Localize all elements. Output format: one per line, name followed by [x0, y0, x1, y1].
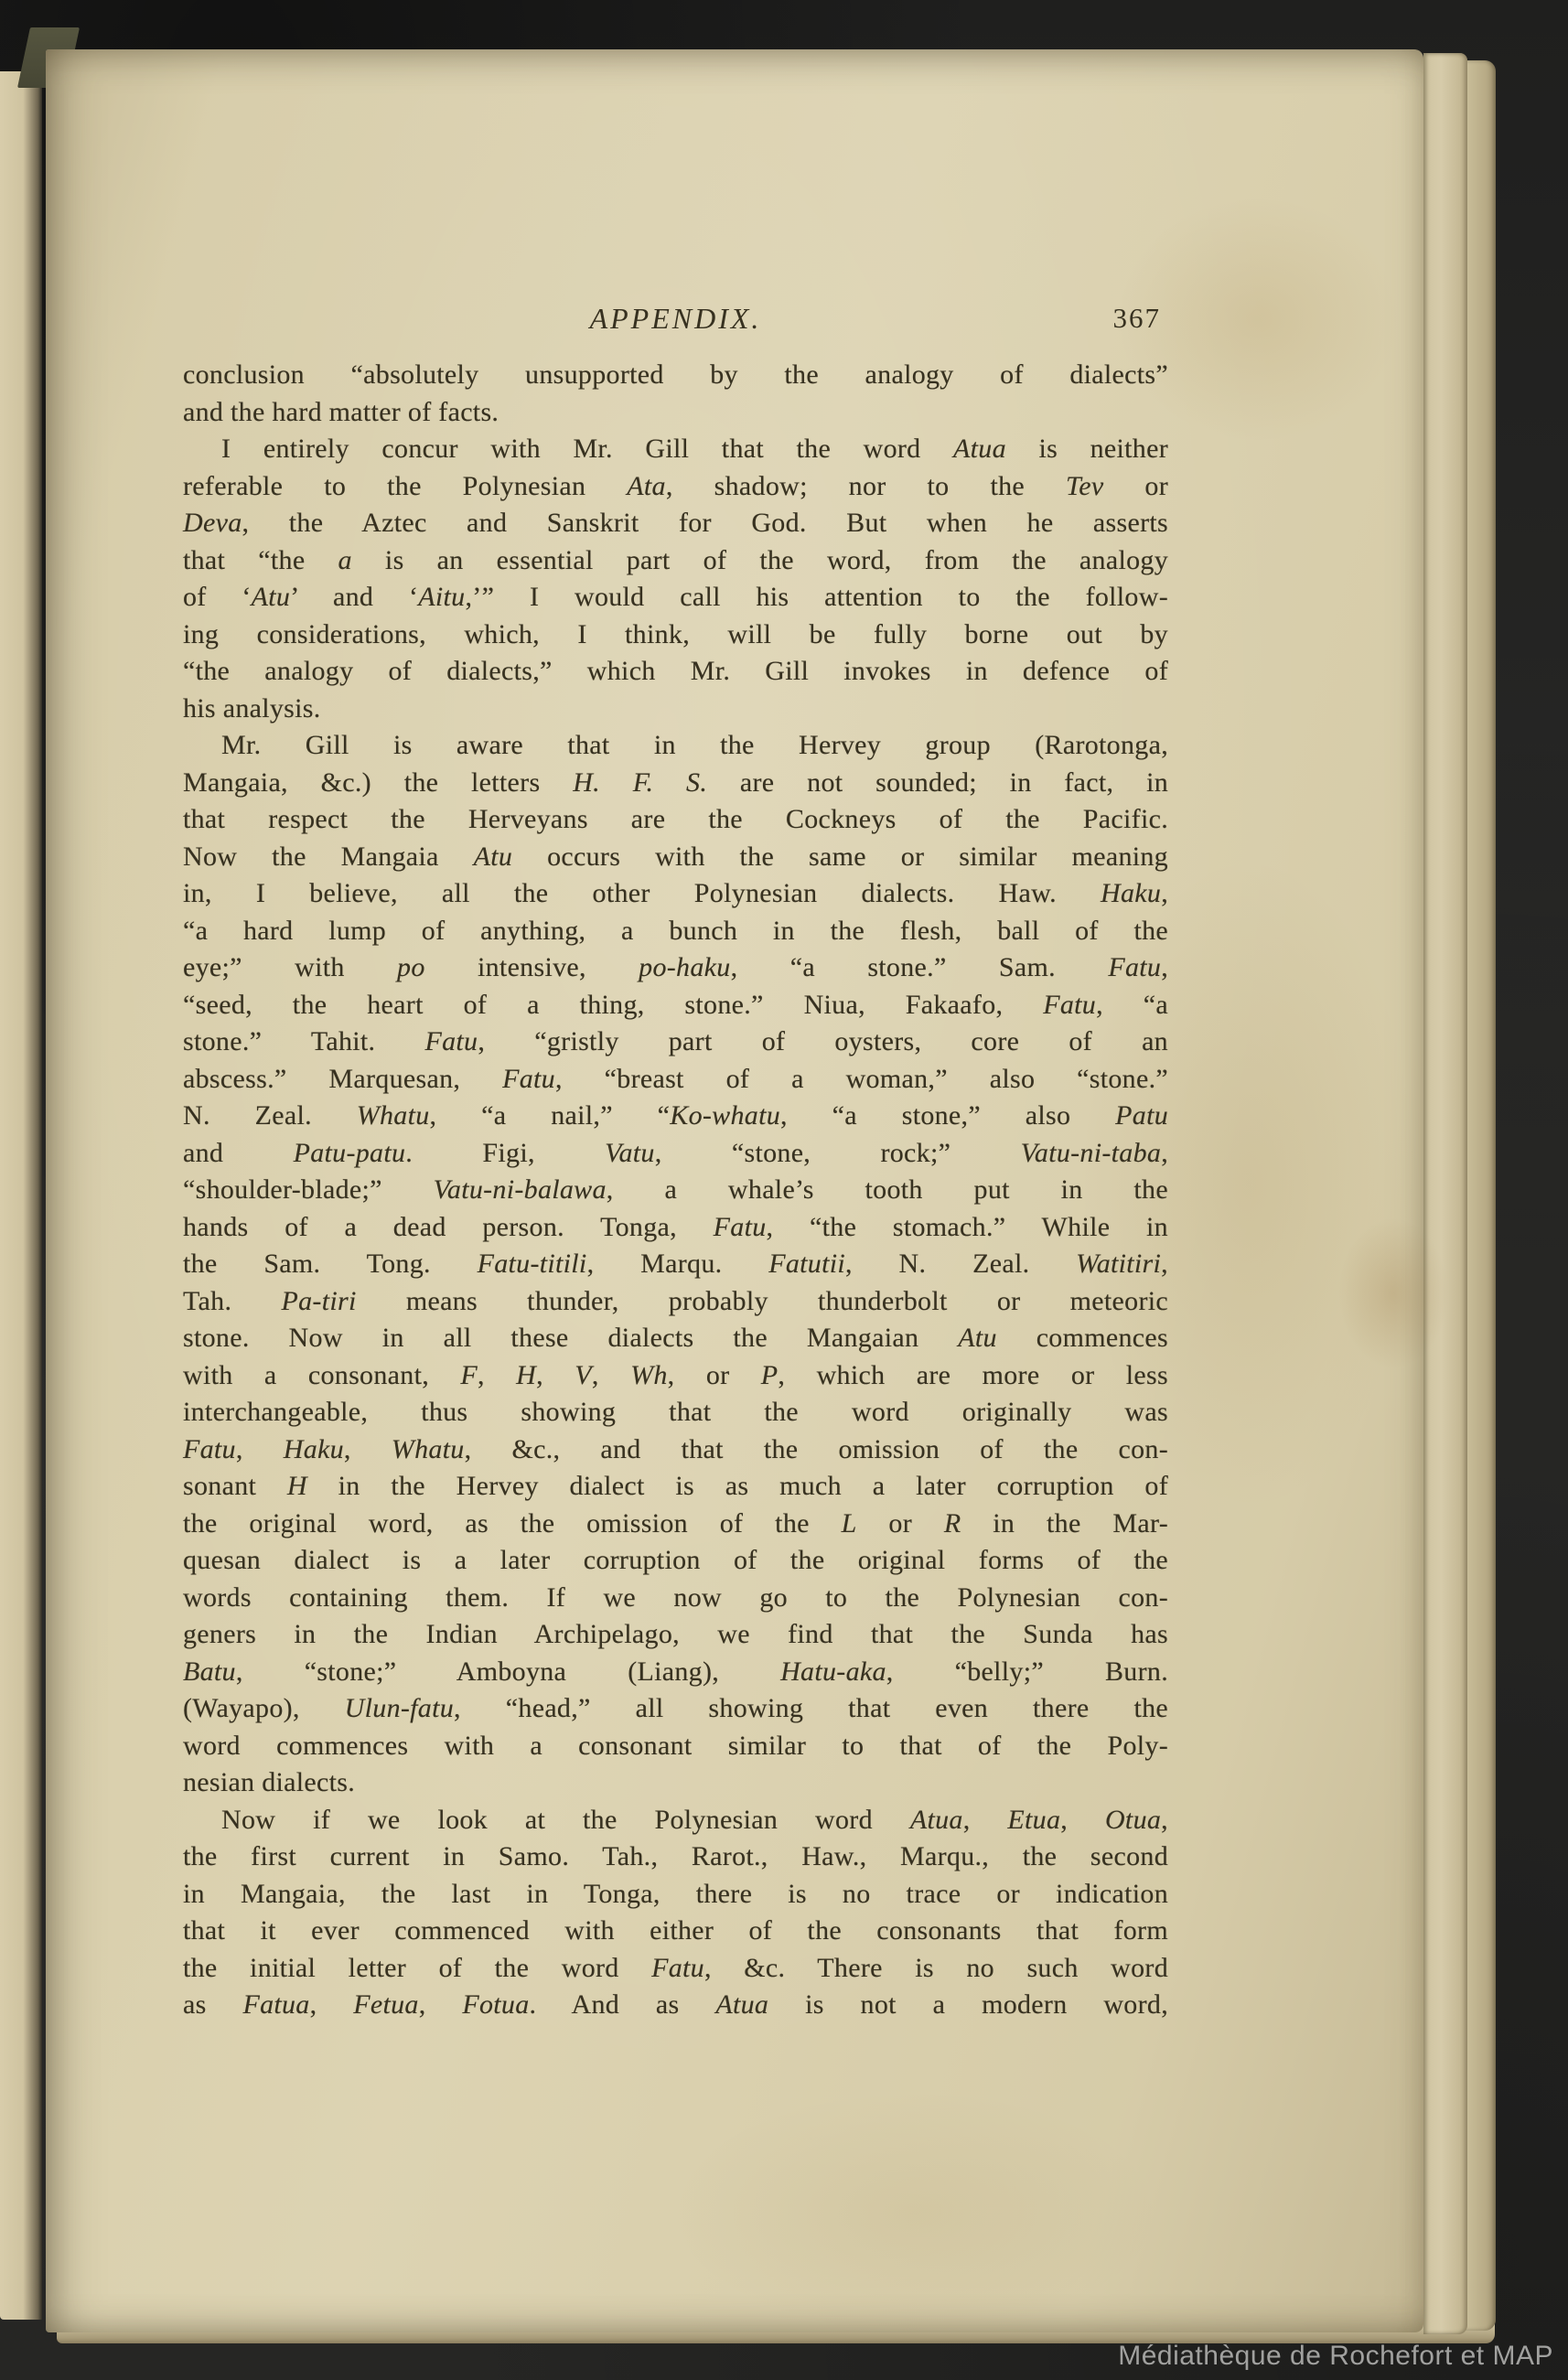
text-line: (Wayapo), Ulun-fatu, “head,” all showing…	[183, 1690, 1168, 1728]
text-line: Now the Mangaia Atu occurs with the same…	[183, 839, 1168, 876]
text-line: hands of a dead person. Tonga, Fatu, “th…	[183, 1209, 1168, 1247]
text-line: as Fatua, Fetua, Fotua. And as Atua is n…	[183, 1987, 1168, 2024]
book-photo-background: APPENDIX. 367 conclusion “absolutely uns…	[0, 0, 1568, 2380]
text-line: in Mangaia, the last in Tonga, there is …	[183, 1876, 1168, 1914]
text-line: referable to the Polynesian Ata, shadow;…	[183, 468, 1168, 506]
paper-stain	[668, 2089, 1162, 2336]
text-line: and Patu-patu. Figi, Vatu, “stone, rock;…	[183, 1135, 1168, 1173]
text-line: stone. Now in all these dialects the Man…	[183, 1320, 1168, 1357]
text-line: stone.” Tahit. Fatu, “gristly part of oy…	[183, 1024, 1168, 1061]
text-line: that “the a is an essential part of the …	[183, 542, 1168, 580]
book-page: APPENDIX. 367 conclusion “absolutely uns…	[46, 49, 1423, 2332]
text-line: that it ever commenced with either of th…	[183, 1913, 1168, 1950]
text-line: Deva, the Aztec and Sanskrit for God. Bu…	[183, 505, 1168, 542]
text-line: “seed, the heart of a thing, stone.” Niu…	[183, 987, 1168, 1024]
text-line: “a hard lump of anything, a bunch in the…	[183, 913, 1168, 950]
library-watermark: Médiathèque de Rochefort et MAP	[1118, 2338, 1553, 2375]
text-line: N. Zeal. Whatu, “a nail,” “Ko-whatu, “a …	[183, 1098, 1168, 1135]
text-line: of ‘Atu’ and ‘Aitu,’” I would call his a…	[183, 579, 1168, 616]
text-line: that respect the Herveyans are the Cockn…	[183, 801, 1168, 839]
text-line: Now if we look at the Polynesian word At…	[183, 1802, 1168, 1839]
text-line: word commences with a consonant similar …	[183, 1728, 1168, 1765]
page-edge-stack-inner	[1423, 53, 1467, 2334]
text-line: conclusion “absolutely unsupported by th…	[183, 357, 1168, 394]
text-line: the Sam. Tong. Fatu-titili, Marqu. Fatut…	[183, 1246, 1168, 1283]
adjacent-page-edge	[0, 71, 42, 2320]
page-edge-stack-outer	[1465, 60, 1496, 2331]
text-line: quesan dialect is a later corruption of …	[183, 1542, 1168, 1580]
text-line: interchangeable, thus showing that the w…	[183, 1394, 1168, 1431]
text-line: Fatu, Haku, Whatu, &c., and that the omi…	[183, 1431, 1168, 1469]
running-header-title: APPENDIX.	[183, 298, 1168, 338]
body-text: conclusion “absolutely unsupported by th…	[183, 357, 1168, 2024]
text-line: “shoulder-blade;” Vatu-ni-balawa, a whal…	[183, 1172, 1168, 1209]
text-line: the first current in Samo. Tah., Rarot.,…	[183, 1839, 1168, 1876]
text-line: Mangaia, &c.) the letters H. F. S. are n…	[183, 765, 1168, 802]
text-line: geners in the Indian Archipelago, we fin…	[183, 1616, 1168, 1654]
text-line: Mr. Gill is aware that in the Hervey gro…	[183, 727, 1168, 765]
text-line: the initial letter of the word Fatu, &c.…	[183, 1950, 1168, 1988]
text-line: his analysis.	[183, 691, 1168, 728]
text-line: in, I believe, all the other Polynesian …	[183, 875, 1168, 913]
text-line: Tah. Pa-tiri means thunder, probably thu…	[183, 1283, 1168, 1321]
text-line: “the analogy of dialects,” which Mr. Gil…	[183, 653, 1168, 691]
page-number: 367	[1113, 298, 1162, 338]
text-line: I entirely concur with Mr. Gill that the…	[183, 431, 1168, 468]
text-line: eye;” with po intensive, po-haku, “a sto…	[183, 949, 1168, 987]
text-line: and the hard matter of facts.	[183, 394, 1168, 432]
page-header: APPENDIX. 367	[183, 298, 1168, 338]
text-line: nesian dialects.	[183, 1764, 1168, 1802]
text-line: abscess.” Marquesan, Fatu, “breast of a …	[183, 1061, 1168, 1099]
text-line: Batu, “stone;” Amboyna (Liang), Hatu-aka…	[183, 1654, 1168, 1691]
text-line: the original word, as the omission of th…	[183, 1506, 1168, 1543]
text-line: sonant H in the Hervey dialect is as muc…	[183, 1468, 1168, 1506]
text-line: words containing them. If we now go to t…	[183, 1580, 1168, 1617]
text-line: ing considerations, which, I think, will…	[183, 616, 1168, 654]
text-line: with a consonant, F, H, V, Wh, or P, whi…	[183, 1357, 1168, 1395]
